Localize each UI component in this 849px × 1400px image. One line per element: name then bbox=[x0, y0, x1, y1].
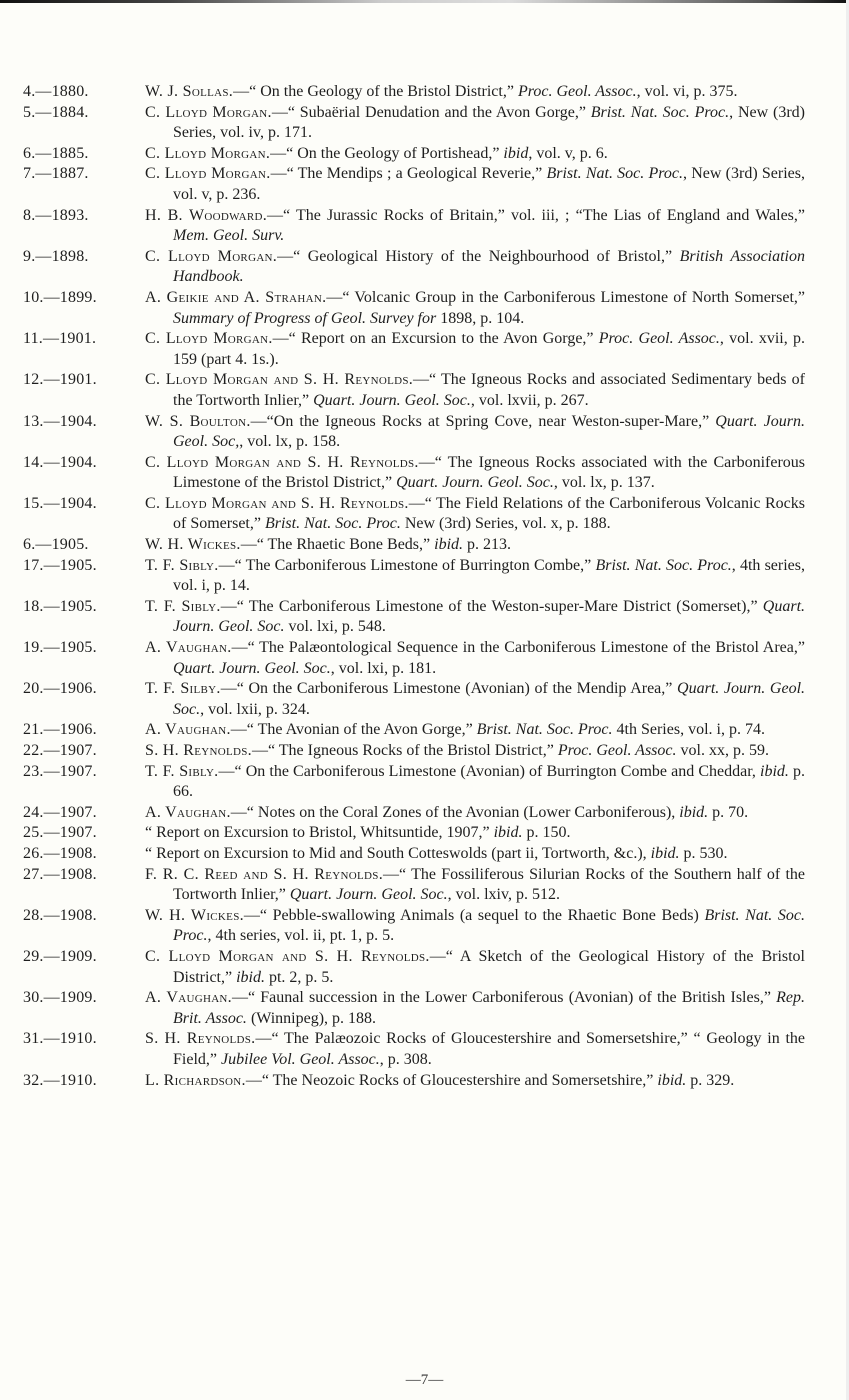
reference-citation: T. F. Sibly.—“ The Carboniferous Limesto… bbox=[173, 597, 805, 638]
reference-number: 14.—1904. bbox=[0, 453, 145, 494]
reference-journal: Brist. Nat. Soc. Proc. bbox=[265, 515, 401, 532]
page-edge-shadow bbox=[0, 0, 849, 3]
reference-author: S. H. Reynolds. bbox=[145, 742, 252, 759]
reference-details: (Winnipeg), p. 188. bbox=[247, 1010, 376, 1027]
reference-citation: A. Vaughan.—“ The Avonian of the Avon Go… bbox=[173, 720, 805, 741]
reference-entry: 20.—1906.T. F. Silby.—“ On the Carbonife… bbox=[0, 679, 849, 720]
reference-author: C. Lloyd Morgan and S. H. Reynolds. bbox=[145, 371, 413, 388]
reference-entry: 26.—1908.“ Report on Excursion to Mid an… bbox=[0, 844, 849, 865]
reference-author: L. Richardson. bbox=[145, 1072, 246, 1089]
reference-details: p. 150. bbox=[522, 824, 570, 841]
reference-entry: 15.—1904.C. Lloyd Morgan and S. H. Reyno… bbox=[0, 494, 849, 535]
reference-number-text: 26.—1908. bbox=[23, 844, 145, 865]
reference-number: 11.—1901. bbox=[0, 329, 145, 370]
reference-citation: L. Richardson.—“ The Neozoic Rocks of Gl… bbox=[173, 1071, 805, 1092]
reference-entry: 28.—1908.W. H. Wickes.—“ Pebble-swallowi… bbox=[0, 906, 849, 947]
reference-author: C. Lloyd Morgan. bbox=[145, 330, 273, 347]
reference-journal: Brist. Nat. Soc. Proc. bbox=[591, 104, 729, 121]
reference-author: W. S. Boulton. bbox=[145, 413, 251, 430]
reference-number-text: 6.—1885. bbox=[23, 144, 145, 165]
reference-entry: 17.—1905.T. F. Sibly.—“ The Carboniferou… bbox=[0, 556, 849, 597]
reference-entry: 14.—1904.C. Lloyd Morgan and S. H. Reyno… bbox=[0, 453, 849, 494]
reference-number-text: 30.—1909. bbox=[23, 988, 145, 1009]
reference-number: 18.—1905. bbox=[0, 597, 145, 638]
reference-journal: ibid. bbox=[679, 804, 708, 821]
reference-number-text: 14.—1904. bbox=[23, 453, 145, 474]
reference-citation: W. J. Sollas.—“ On the Geology of the Br… bbox=[173, 82, 805, 103]
reference-entry: 31.—1910.S. H. Reynolds.—“ The Palæozoic… bbox=[0, 1029, 849, 1070]
reference-entry: 5.—1884.C. Lloyd Morgan.—“ Subaërial Den… bbox=[0, 103, 849, 144]
reference-number: 28.—1908. bbox=[0, 906, 145, 947]
reference-journal: ibid. bbox=[657, 1072, 686, 1089]
reference-entry: 24.—1907.A. Vaughan.—“ Notes on the Cora… bbox=[0, 803, 849, 824]
reference-number-text: 20.—1906. bbox=[23, 679, 145, 700]
reference-title: —“ The Carboniferous Limestone of Burrin… bbox=[219, 557, 596, 574]
reference-author: C. Lloyd Morgan. bbox=[145, 165, 271, 182]
reference-author: T. F. Sibly. bbox=[145, 557, 219, 574]
reference-journal: Brist. Nat. Soc. Proc. bbox=[595, 557, 731, 574]
reference-list: 4.—1880.W. J. Sollas.—“ On the Geology o… bbox=[0, 82, 849, 1091]
reference-citation: T. F. Sibly.—“ The Carboniferous Limesto… bbox=[173, 556, 805, 597]
reference-number-text: 6.—1905. bbox=[23, 535, 145, 556]
reference-title: —“On the Igneous Rocks at Spring Cove, n… bbox=[251, 413, 716, 430]
reference-citation: C. Lloyd Morgan and S. H. Reynolds.—“ Th… bbox=[173, 494, 805, 535]
reference-number: 26.—1908. bbox=[0, 844, 145, 865]
reference-number-text: 21.—1906. bbox=[23, 720, 145, 741]
reference-author: C. Lloyd Morgan and S. H. Reynolds. bbox=[145, 948, 430, 965]
reference-number-text: 28.—1908. bbox=[23, 906, 145, 927]
reference-title: —“ The Palæontological Sequence in the C… bbox=[232, 639, 805, 656]
reference-entry: 18.—1905.T. F. Sibly.—“ The Carboniferou… bbox=[0, 597, 849, 638]
reference-details: 1898, p. 104. bbox=[436, 310, 524, 327]
reference-entry: 8.—1893.H. B. Woodward.—“ The Jurassic R… bbox=[0, 206, 849, 247]
reference-citation: W. S. Boulton.—“On the Igneous Rocks at … bbox=[173, 412, 805, 453]
reference-details: vol. xx, p. 59. bbox=[677, 742, 769, 759]
reference-entry: 10.—1899.A. Geikie and A. Strahan.—“ Vol… bbox=[0, 288, 849, 329]
reference-title: —“ On the Geology of the Bristol Distric… bbox=[233, 83, 518, 100]
reference-author: C. Lloyd Morgan. bbox=[145, 145, 270, 162]
reference-journal: Quart. Journ. Geol. Soc. bbox=[173, 660, 331, 677]
reference-number: 19.—1905. bbox=[0, 638, 145, 679]
reference-author: A. Vaughan. bbox=[145, 721, 231, 738]
reference-author: C. Lloyd Morgan. bbox=[145, 248, 277, 265]
reference-journal: Brist. Nat. Soc. Proc. bbox=[546, 165, 683, 182]
reference-number-text: 15.—1904. bbox=[23, 494, 145, 515]
reference-citation: A. Vaughan.—“ Faunal succession in the L… bbox=[173, 988, 805, 1029]
reference-entry: 6.—1885.C. Lloyd Morgan.—“ On the Geolog… bbox=[0, 144, 849, 165]
reference-number-text: 22.—1907. bbox=[23, 741, 145, 762]
reference-journal: Quart. Journ. Geol. Soc. bbox=[396, 474, 554, 491]
reference-details: , vol. lx, p. 158. bbox=[239, 433, 340, 450]
reference-number: 12.—1901. bbox=[0, 370, 145, 411]
reference-details: p. 329. bbox=[686, 1072, 734, 1089]
reference-title: —“ The Mendips ; a Geological Reverie,” bbox=[271, 165, 547, 182]
reference-citation: S. H. Reynolds.—“ The Palæozoic Rocks of… bbox=[173, 1029, 805, 1070]
reference-entry: 23.—1907.T. F. Sibly.—“ On the Carbonife… bbox=[0, 762, 849, 803]
reference-number-text: 24.—1907. bbox=[23, 803, 145, 824]
reference-journal: Mem. Geol. Surv. bbox=[173, 227, 284, 244]
reference-number: 21.—1906. bbox=[0, 720, 145, 741]
reference-citation: C. Lloyd Morgan.—“ Subaërial Denudation … bbox=[173, 103, 805, 144]
reference-number-text: 25.—1907. bbox=[23, 823, 145, 844]
reference-number-text: 12.—1901. bbox=[23, 370, 145, 391]
reference-journal: ibid. bbox=[760, 763, 789, 780]
reference-citation: A. Geikie and A. Strahan.—“ Volcanic Gro… bbox=[173, 288, 805, 329]
reference-author: S. H. Reynolds. bbox=[145, 1030, 255, 1047]
reference-details: , vol. vi, p. 375. bbox=[637, 83, 738, 100]
reference-number: 32.—1910. bbox=[0, 1071, 145, 1092]
reference-journal: ibid. bbox=[236, 969, 265, 986]
reference-citation: C. Lloyd Morgan.—“ On the Geology of Por… bbox=[173, 144, 805, 165]
reference-number: 10.—1899. bbox=[0, 288, 145, 329]
reference-author: A. Geikie and A. Strahan. bbox=[145, 289, 326, 306]
reference-details: , vol. lxiv, p. 512. bbox=[448, 886, 560, 903]
reference-author: T. F. Sibly. bbox=[145, 598, 221, 615]
reference-entry: 30.—1909.A. Vaughan.—“ Faunal succession… bbox=[0, 988, 849, 1029]
reference-entry: 11.—1901.C. Lloyd Morgan.—“ Report on an… bbox=[0, 329, 849, 370]
reference-entry: 32.—1910.L. Richardson.—“ The Neozoic Ro… bbox=[0, 1071, 849, 1092]
reference-title: —“ The Igneous Rocks of the Bristol Dist… bbox=[252, 742, 558, 759]
reference-number: 27.—1908. bbox=[0, 865, 145, 906]
reference-entry: 27.—1908.F. R. C. Reed and S. H. Reynold… bbox=[0, 865, 849, 906]
reference-number-text: 19.—1905. bbox=[23, 638, 145, 659]
reference-journal: Brist. Nat. Soc. Proc. bbox=[477, 721, 613, 738]
reference-citation: C. Lloyd Morgan.—“ The Mendips ; a Geolo… bbox=[173, 164, 805, 205]
reference-journal: Summary of Progress of Geol. Survey for bbox=[173, 310, 436, 327]
reference-details: p. 530. bbox=[680, 845, 728, 862]
reference-number: 6.—1905. bbox=[0, 535, 145, 556]
reference-title: —“ The Jurassic Rocks of Britain,” vol. … bbox=[267, 207, 805, 224]
reference-title: —“ The Avonian of the Avon Gorge,” bbox=[231, 721, 477, 738]
reference-number: 8.—1893. bbox=[0, 206, 145, 247]
reference-title: —“ Report on an Excursion to the Avon Go… bbox=[273, 330, 599, 347]
reference-citation: C. Lloyd Morgan.—“ Report on an Excursio… bbox=[173, 329, 805, 370]
reference-details: , vol. lx, p. 137. bbox=[554, 474, 655, 491]
reference-author: A. Vaughan. bbox=[145, 804, 231, 821]
page-number: —7— bbox=[0, 1372, 849, 1389]
reference-title: —“ Faunal succession in the Lower Carbon… bbox=[232, 989, 776, 1006]
reference-number: 20.—1906. bbox=[0, 679, 145, 720]
reference-details: , vol. lxvii, p. 267. bbox=[471, 392, 589, 409]
reference-journal: ibid. bbox=[434, 536, 463, 553]
reference-number: 29.—1909. bbox=[0, 947, 145, 988]
reference-author: A. Vaughan. bbox=[145, 639, 232, 656]
reference-citation: W. H. Wickes.—“ The Rhaetic Bone Beds,” … bbox=[173, 535, 805, 556]
reference-journal: Jubilee Vol. Geol. Assoc. bbox=[221, 1051, 380, 1068]
reference-author: C. Lloyd Morgan and S. H. Reynolds. bbox=[145, 454, 419, 471]
reference-entry: 19.—1905.A. Vaughan.—“ The Palæontologic… bbox=[0, 638, 849, 679]
reference-number: 25.—1907. bbox=[0, 823, 145, 844]
reference-title: —“ Pebble-swallowing Animals (a sequel t… bbox=[244, 907, 705, 924]
reference-title: —“ On the Geology of Portishead,” bbox=[270, 145, 503, 162]
reference-entry: 9.—1898.C. Lloyd Morgan.—“ Geological Hi… bbox=[0, 247, 849, 288]
reference-entry: 4.—1880.W. J. Sollas.—“ On the Geology o… bbox=[0, 82, 849, 103]
reference-number-text: 9.—1898. bbox=[23, 247, 145, 268]
reference-entry: 12.—1901.C. Lloyd Morgan and S. H. Reyno… bbox=[0, 370, 849, 411]
reference-number: 9.—1898. bbox=[0, 247, 145, 288]
reference-journal: Quart. Journ. Geol. Soc. bbox=[290, 886, 448, 903]
reference-citation: H. B. Woodward.—“ The Jurassic Rocks of … bbox=[173, 206, 805, 247]
reference-title: “ Report on Excursion to Mid and South C… bbox=[145, 845, 651, 862]
reference-author: A. Vaughan. bbox=[145, 989, 232, 1006]
reference-number: 30.—1909. bbox=[0, 988, 145, 1029]
reference-number: 24.—1907. bbox=[0, 803, 145, 824]
reference-number: 17.—1905. bbox=[0, 556, 145, 597]
reference-number-text: 10.—1899. bbox=[23, 288, 145, 309]
reference-citation: C. Lloyd Morgan and S. H. Reynolds.—“ A … bbox=[173, 947, 805, 988]
reference-entry: 21.—1906.A. Vaughan.—“ The Avonian of th… bbox=[0, 720, 849, 741]
reference-author: C. Lloyd Morgan. bbox=[145, 104, 272, 121]
reference-number-text: 4.—1880. bbox=[23, 82, 145, 103]
reference-citation: T. F. Silby.—“ On the Carboniferous Lime… bbox=[173, 679, 805, 720]
reference-number: 22.—1907. bbox=[0, 741, 145, 762]
reference-number: 5.—1884. bbox=[0, 103, 145, 144]
reference-entry: 25.—1907.“ Report on Excursion to Bristo… bbox=[0, 823, 849, 844]
reference-title: —“ The Neozoic Rocks of Gloucestershire … bbox=[246, 1072, 658, 1089]
reference-number-text: 17.—1905. bbox=[23, 556, 145, 577]
reference-details: 4th Series, vol. i, p. 74. bbox=[613, 721, 765, 738]
reference-citation: C. Lloyd Morgan and S. H. Reynolds.—“ Th… bbox=[173, 370, 805, 411]
reference-number-text: 13.—1904. bbox=[23, 412, 145, 433]
reference-title: —“ Volcanic Group in the Carboniferous L… bbox=[326, 289, 805, 306]
reference-details: p. 70. bbox=[708, 804, 748, 821]
reference-journal: Proc. Geol. Assoc. bbox=[558, 742, 677, 759]
reference-title: —“ On the Carboniferous Limestone (Avoni… bbox=[221, 680, 677, 697]
reference-journal: ibid. bbox=[651, 845, 680, 862]
reference-title: —“ Geological History of the Neighbourho… bbox=[277, 248, 679, 265]
reference-title: —“ On the Carboniferous Limestone (Avoni… bbox=[219, 763, 761, 780]
reference-number-text: 23.—1907. bbox=[23, 762, 145, 783]
reference-citation: F. R. C. Reed and S. H. Reynolds.—“ The … bbox=[173, 865, 805, 906]
reference-journal: ibid. bbox=[494, 824, 523, 841]
reference-citation: S. H. Reynolds.—“ The Igneous Rocks of t… bbox=[173, 741, 805, 762]
reference-title: —“ The Rhaetic Bone Beds,” bbox=[241, 536, 434, 553]
reference-number: 4.—1880. bbox=[0, 82, 145, 103]
reference-citation: C. Lloyd Morgan and S. H. Reynolds.—“ Th… bbox=[173, 453, 805, 494]
reference-number-text: 29.—1909. bbox=[23, 947, 145, 968]
reference-journal: Proc. Geol. Assoc. bbox=[518, 83, 637, 100]
reference-entry: 7.—1887.C. Lloyd Morgan.—“ The Mendips ;… bbox=[0, 164, 849, 205]
reference-number: 23.—1907. bbox=[0, 762, 145, 803]
reference-details: , vol. v, p. 6. bbox=[528, 145, 607, 162]
reference-author: T. F. Silby. bbox=[145, 680, 221, 697]
reference-details: , vol. lxii, p. 324. bbox=[200, 701, 310, 718]
reference-author: F. R. C. Reed and S. H. Reynolds. bbox=[145, 866, 383, 883]
reference-number-text: 27.—1908. bbox=[23, 865, 145, 886]
reference-number: 6.—1885. bbox=[0, 144, 145, 165]
reference-title: —“ Subaërial Denudation and the Avon Gor… bbox=[272, 104, 591, 121]
reference-number-text: 8.—1893. bbox=[23, 206, 145, 227]
reference-details: vol. lxi, p. 548. bbox=[285, 618, 386, 635]
reference-entry: 6.—1905.W. H. Wickes.—“ The Rhaetic Bone… bbox=[0, 535, 849, 556]
reference-entry: 29.—1909.C. Lloyd Morgan and S. H. Reyno… bbox=[0, 947, 849, 988]
reference-number-text: 18.—1905. bbox=[23, 597, 145, 618]
reference-citation: C. Lloyd Morgan.—“ Geological History of… bbox=[173, 247, 805, 288]
reference-number: 13.—1904. bbox=[0, 412, 145, 453]
reference-number-text: 11.—1901. bbox=[23, 329, 145, 350]
reference-details: New (3rd) Series, vol. x, p. 188. bbox=[401, 515, 611, 532]
reference-entry: 13.—1904.W. S. Boulton.—“On the Igneous … bbox=[0, 412, 849, 453]
reference-journal: Quart. Journ. Geol. Soc. bbox=[313, 392, 471, 409]
reference-citation: T. F. Sibly.—“ On the Carboniferous Lime… bbox=[173, 762, 805, 803]
reference-citation: “ Report on Excursion to Bristol, Whitsu… bbox=[173, 823, 805, 844]
reference-details: , vol. lxi, p. 181. bbox=[331, 660, 436, 677]
reference-details: pt. 2, p. 5. bbox=[265, 969, 333, 986]
reference-author: W. H. Wickes. bbox=[145, 536, 241, 553]
reference-journal: ibid bbox=[503, 145, 528, 162]
reference-number-text: 31.—1910. bbox=[23, 1029, 145, 1050]
reference-number: 15.—1904. bbox=[0, 494, 145, 535]
reference-title: “ Report on Excursion to Bristol, Whitsu… bbox=[145, 824, 494, 841]
reference-citation: “ Report on Excursion to Mid and South C… bbox=[173, 844, 805, 865]
reference-author: C. Lloyd Morgan and S. H. Reynolds. bbox=[145, 495, 409, 512]
reference-citation: A. Vaughan.—“ Notes on the Coral Zones o… bbox=[173, 803, 805, 824]
reference-entry: 22.—1907.S. H. Reynolds.—“ The Igneous R… bbox=[0, 741, 849, 762]
reference-details: , 4th series, vol. ii, pt. 1, p. 5. bbox=[208, 927, 395, 944]
reference-citation: W. H. Wickes.—“ Pebble-swallowing Animal… bbox=[173, 906, 805, 947]
reference-number-text: 7.—1887. bbox=[23, 164, 145, 185]
reference-author: W. H. Wickes. bbox=[145, 907, 244, 924]
reference-title: —“ Notes on the Coral Zones of the Avoni… bbox=[231, 804, 679, 821]
reference-author: T. F. Sibly. bbox=[145, 763, 219, 780]
reference-author: H. B. Woodward. bbox=[145, 207, 267, 224]
reference-citation: A. Vaughan.—“ The Palæontological Sequen… bbox=[173, 638, 805, 679]
reference-journal: Proc. Geol. Assoc. bbox=[599, 330, 720, 347]
reference-details: , p. 308. bbox=[380, 1051, 432, 1068]
reference-details: p. 213. bbox=[463, 536, 511, 553]
reference-number: 31.—1910. bbox=[0, 1029, 145, 1070]
reference-author: W. J. Sollas. bbox=[145, 83, 233, 100]
reference-title: —“ The Carboniferous Limestone of the We… bbox=[221, 598, 763, 615]
reference-number: 7.—1887. bbox=[0, 164, 145, 205]
reference-number-text: 5.—1884. bbox=[23, 103, 145, 124]
reference-number-text: 32.—1910. bbox=[23, 1071, 145, 1092]
